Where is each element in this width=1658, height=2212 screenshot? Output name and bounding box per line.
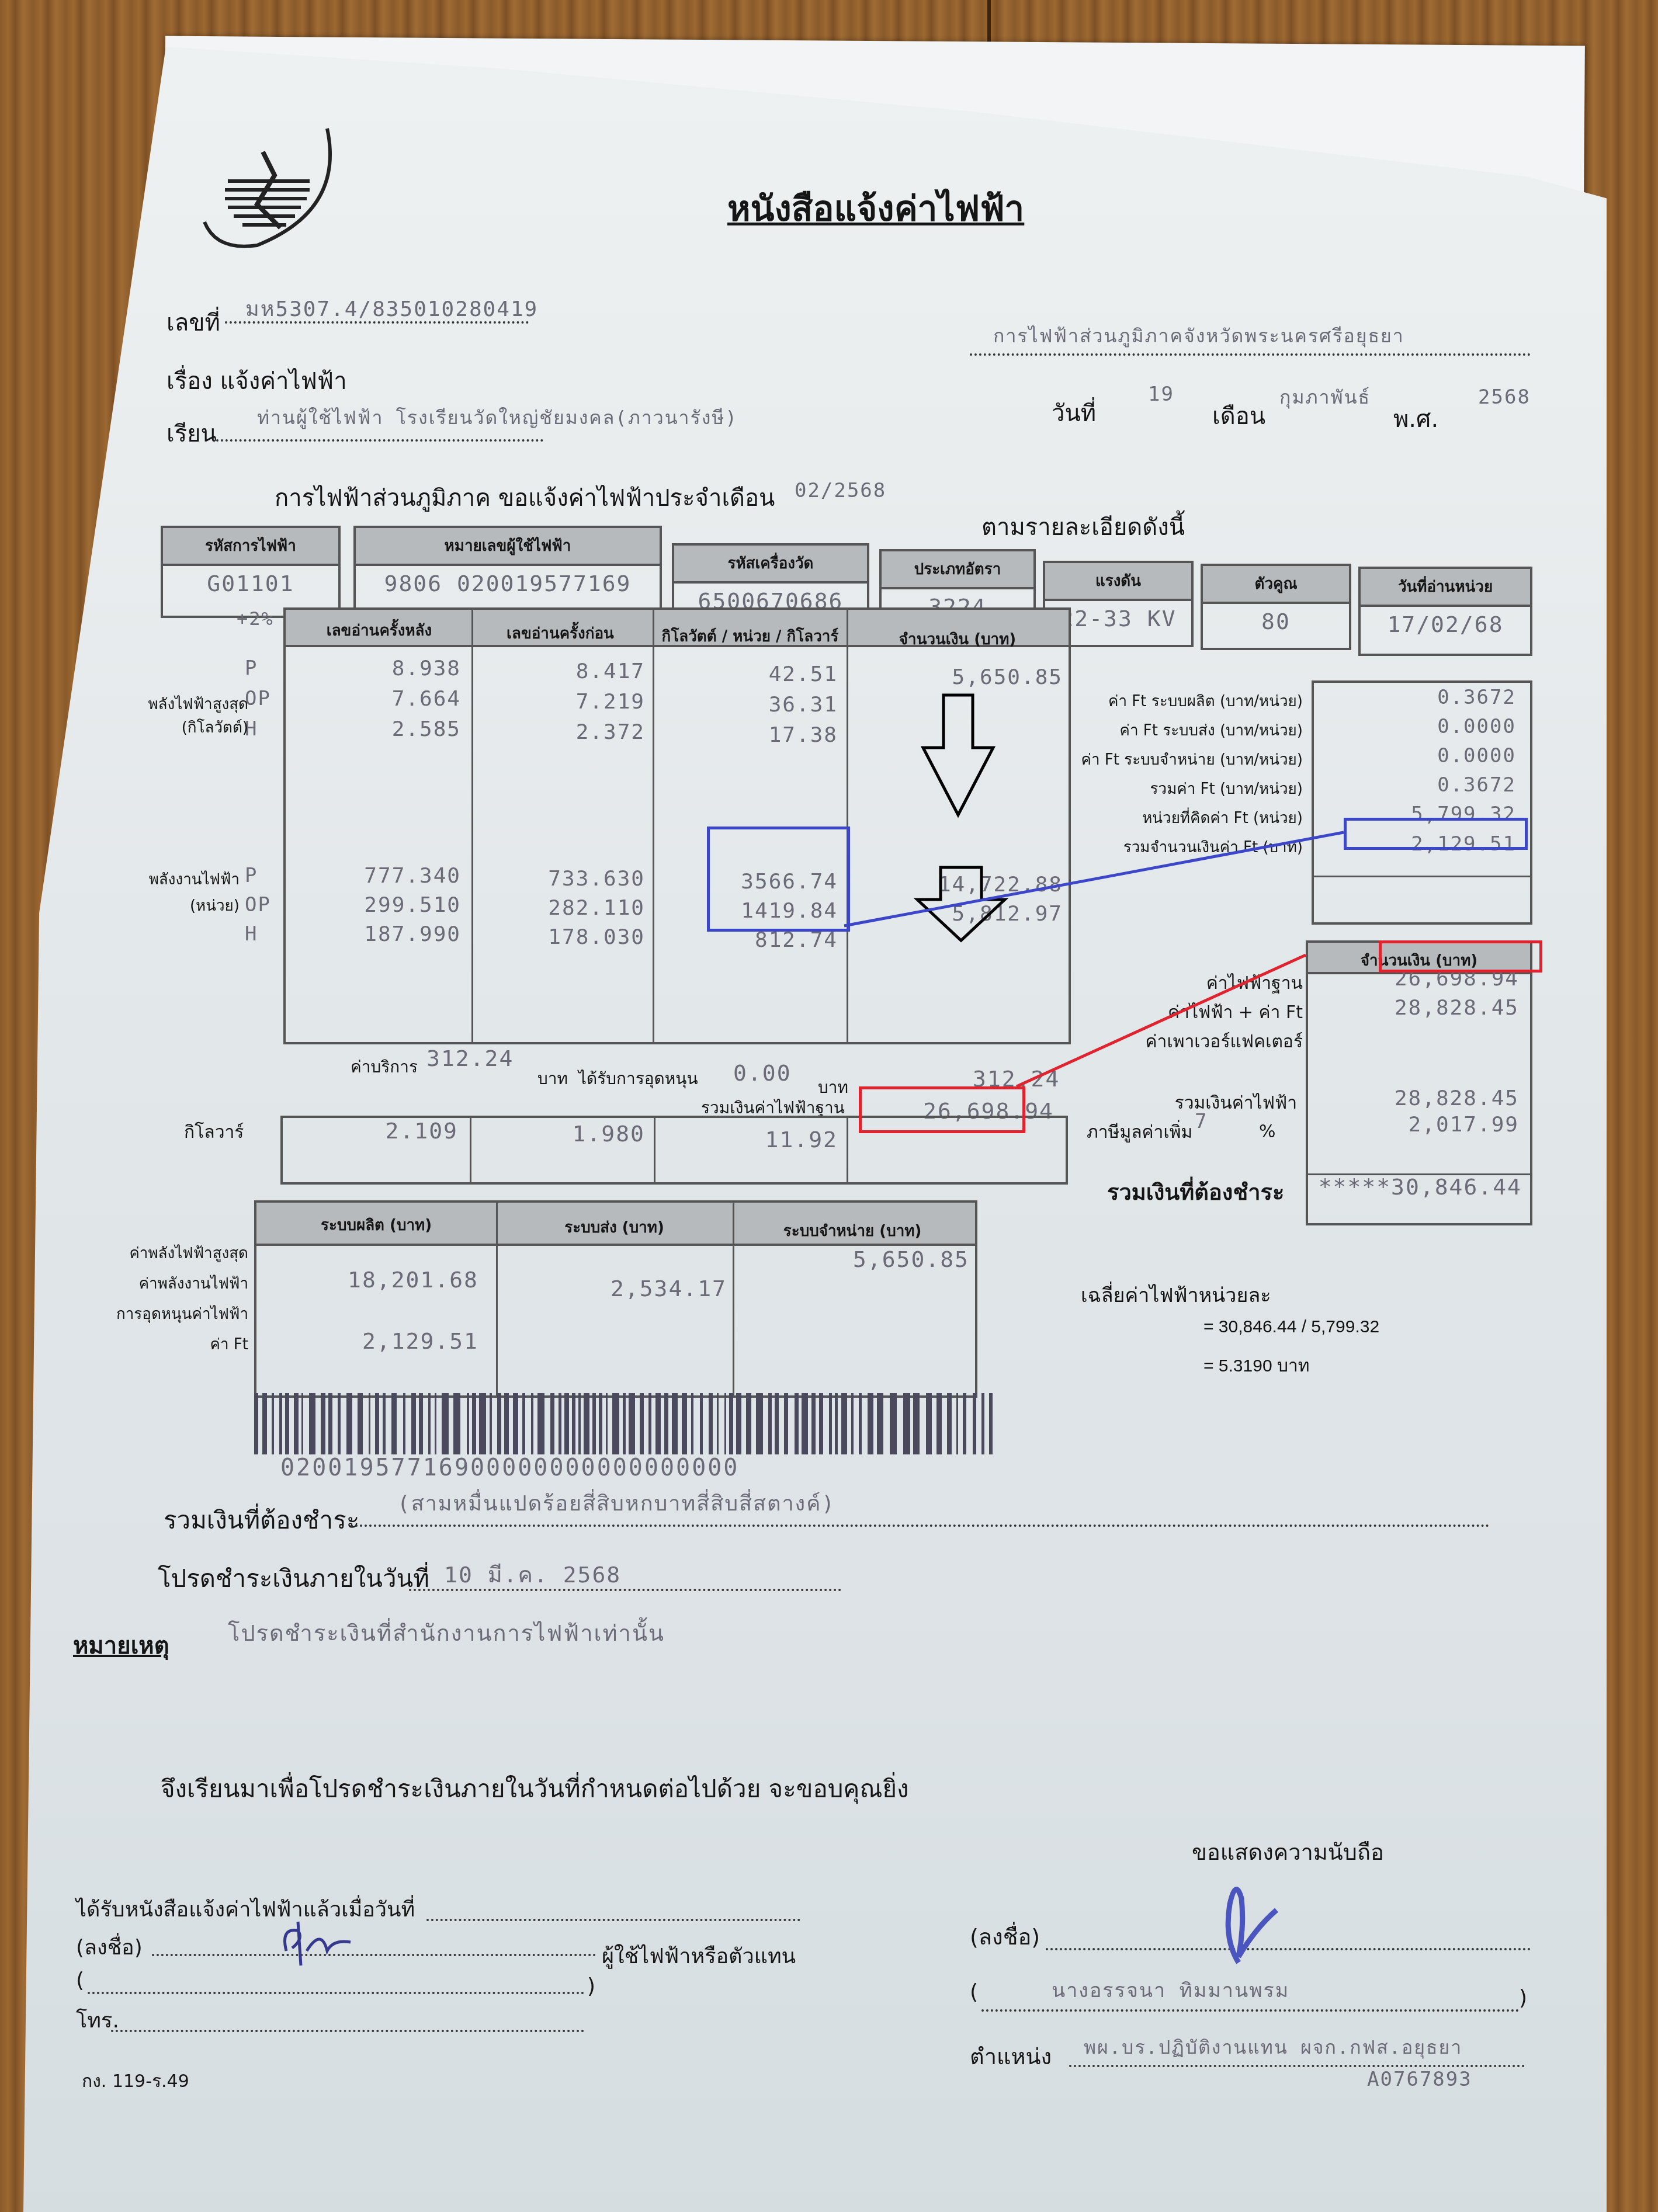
annotation-overlay [23, 47, 1607, 2212]
arrow-down-icon [923, 695, 993, 815]
ft-units-highlight-box [1344, 818, 1528, 850]
bill-document: หนังสือแจ้งค่าไฟฟ้า เลขที่ มห5307.4/8350… [23, 47, 1607, 2212]
units-highlight-box [707, 827, 850, 932]
summary-base-highlight-box [1379, 940, 1542, 973]
base-total-highlight-box [859, 1086, 1025, 1133]
